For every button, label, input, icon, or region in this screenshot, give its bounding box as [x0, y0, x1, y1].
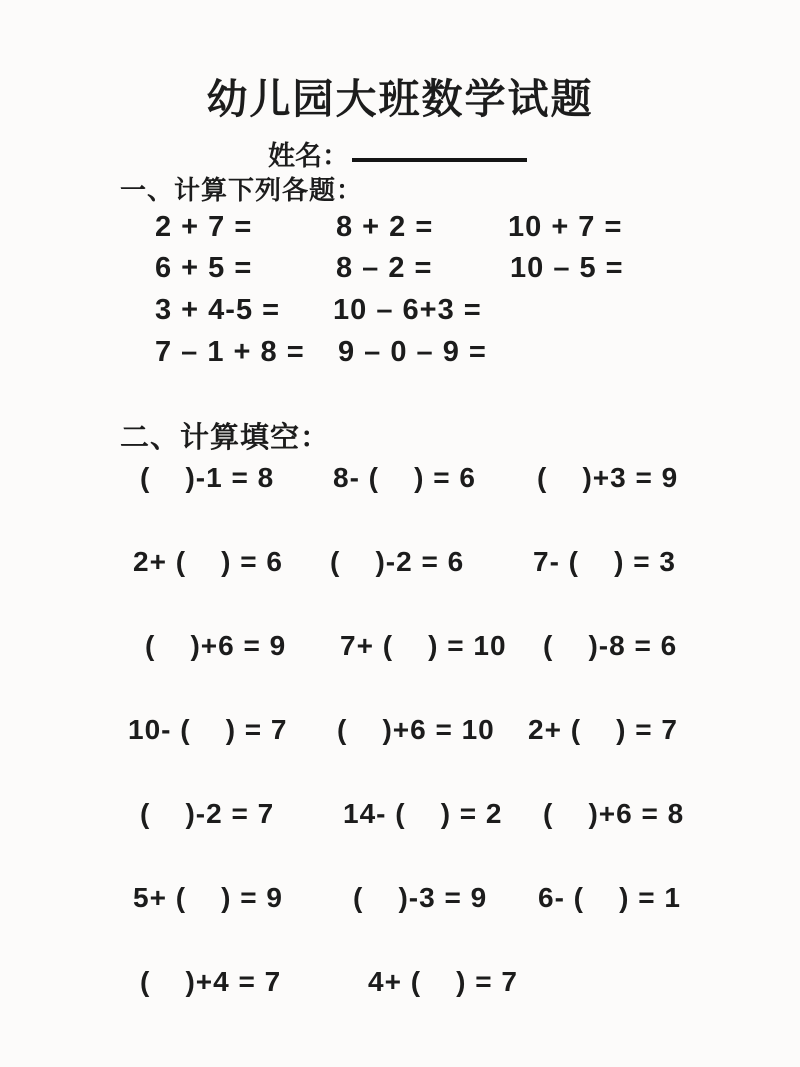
s2-problem: 7- ( ) = 3: [533, 546, 676, 578]
page-title: 幼儿园大班数学试题: [0, 66, 800, 125]
s2-problem: ( )-3 = 9: [353, 882, 487, 914]
s2-problem: ( )+6 = 10: [337, 714, 495, 746]
s1-problem: 6 + 5 =: [155, 252, 252, 285]
s1-problem: 7 – 1 + 8 =: [155, 336, 305, 369]
s2-problem: ( )-2 = 6: [330, 546, 464, 578]
s2-problem: 14- ( ) = 2: [343, 798, 503, 830]
s1-problem: 10 + 7 =: [508, 211, 622, 244]
s2-problem: 5+ ( ) = 9: [133, 882, 283, 914]
s2-problem: 4+ ( ) = 7: [368, 966, 518, 998]
s2-problem: 2+ ( ) = 7: [528, 714, 678, 746]
s1-problem: 10 – 6+3 =: [333, 294, 482, 327]
section1-heading: 一、计算下列各题：: [120, 170, 363, 207]
s2-problem: ( )+6 = 8: [543, 798, 684, 830]
s2-problem: 10- ( ) = 7: [128, 714, 288, 746]
s1-problem: 10 – 5 =: [510, 252, 624, 285]
s2-problem: 8- ( ) = 6: [333, 462, 476, 494]
name-blank-line: [352, 158, 527, 162]
s1-problem: 2 + 7 =: [155, 211, 252, 244]
s2-problem: ( )+3 = 9: [537, 462, 678, 494]
s2-problem: ( )-8 = 6: [543, 630, 677, 662]
s2-problem: ( )-1 = 8: [140, 462, 274, 494]
s2-problem: 2+ ( ) = 6: [133, 546, 283, 578]
s1-problem: 3 + 4-5 =: [155, 294, 280, 327]
s2-problem: ( )+6 = 9: [145, 630, 286, 662]
s1-problem: 8 + 2 =: [336, 211, 433, 244]
s2-problem: ( )-2 = 7: [140, 798, 274, 830]
s2-problem: 7+ ( ) = 10: [340, 630, 507, 662]
worksheet-page: 幼儿园大班数学试题 姓名： 一、计算下列各题： 2 + 7 = 8 + 2 = …: [0, 0, 800, 1067]
name-label: 姓名：: [268, 134, 349, 173]
s1-problem: 9 – 0 – 9 =: [338, 336, 487, 369]
s1-problem: 8 – 2 =: [336, 252, 433, 285]
section2-heading: 二、计算填空：: [120, 415, 330, 456]
s2-problem: 6- ( ) = 1: [538, 882, 681, 914]
s2-problem: ( )+4 = 7: [140, 966, 281, 998]
